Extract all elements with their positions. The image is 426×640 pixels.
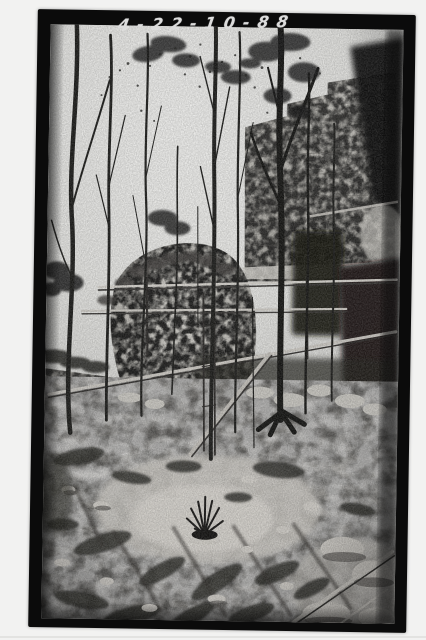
scan-artifact-line (0, 636, 426, 638)
photograph (41, 24, 403, 623)
photo-frame: 4-22-10-88 (28, 9, 416, 633)
vignette (41, 24, 403, 623)
handwritten-negative-number: 4-22-10-88 (116, 11, 350, 39)
photograph-ruins-scene (41, 24, 403, 623)
scanned-photo-page: { "photo": { "inscription": "4-22-10-88"… (0, 0, 426, 640)
